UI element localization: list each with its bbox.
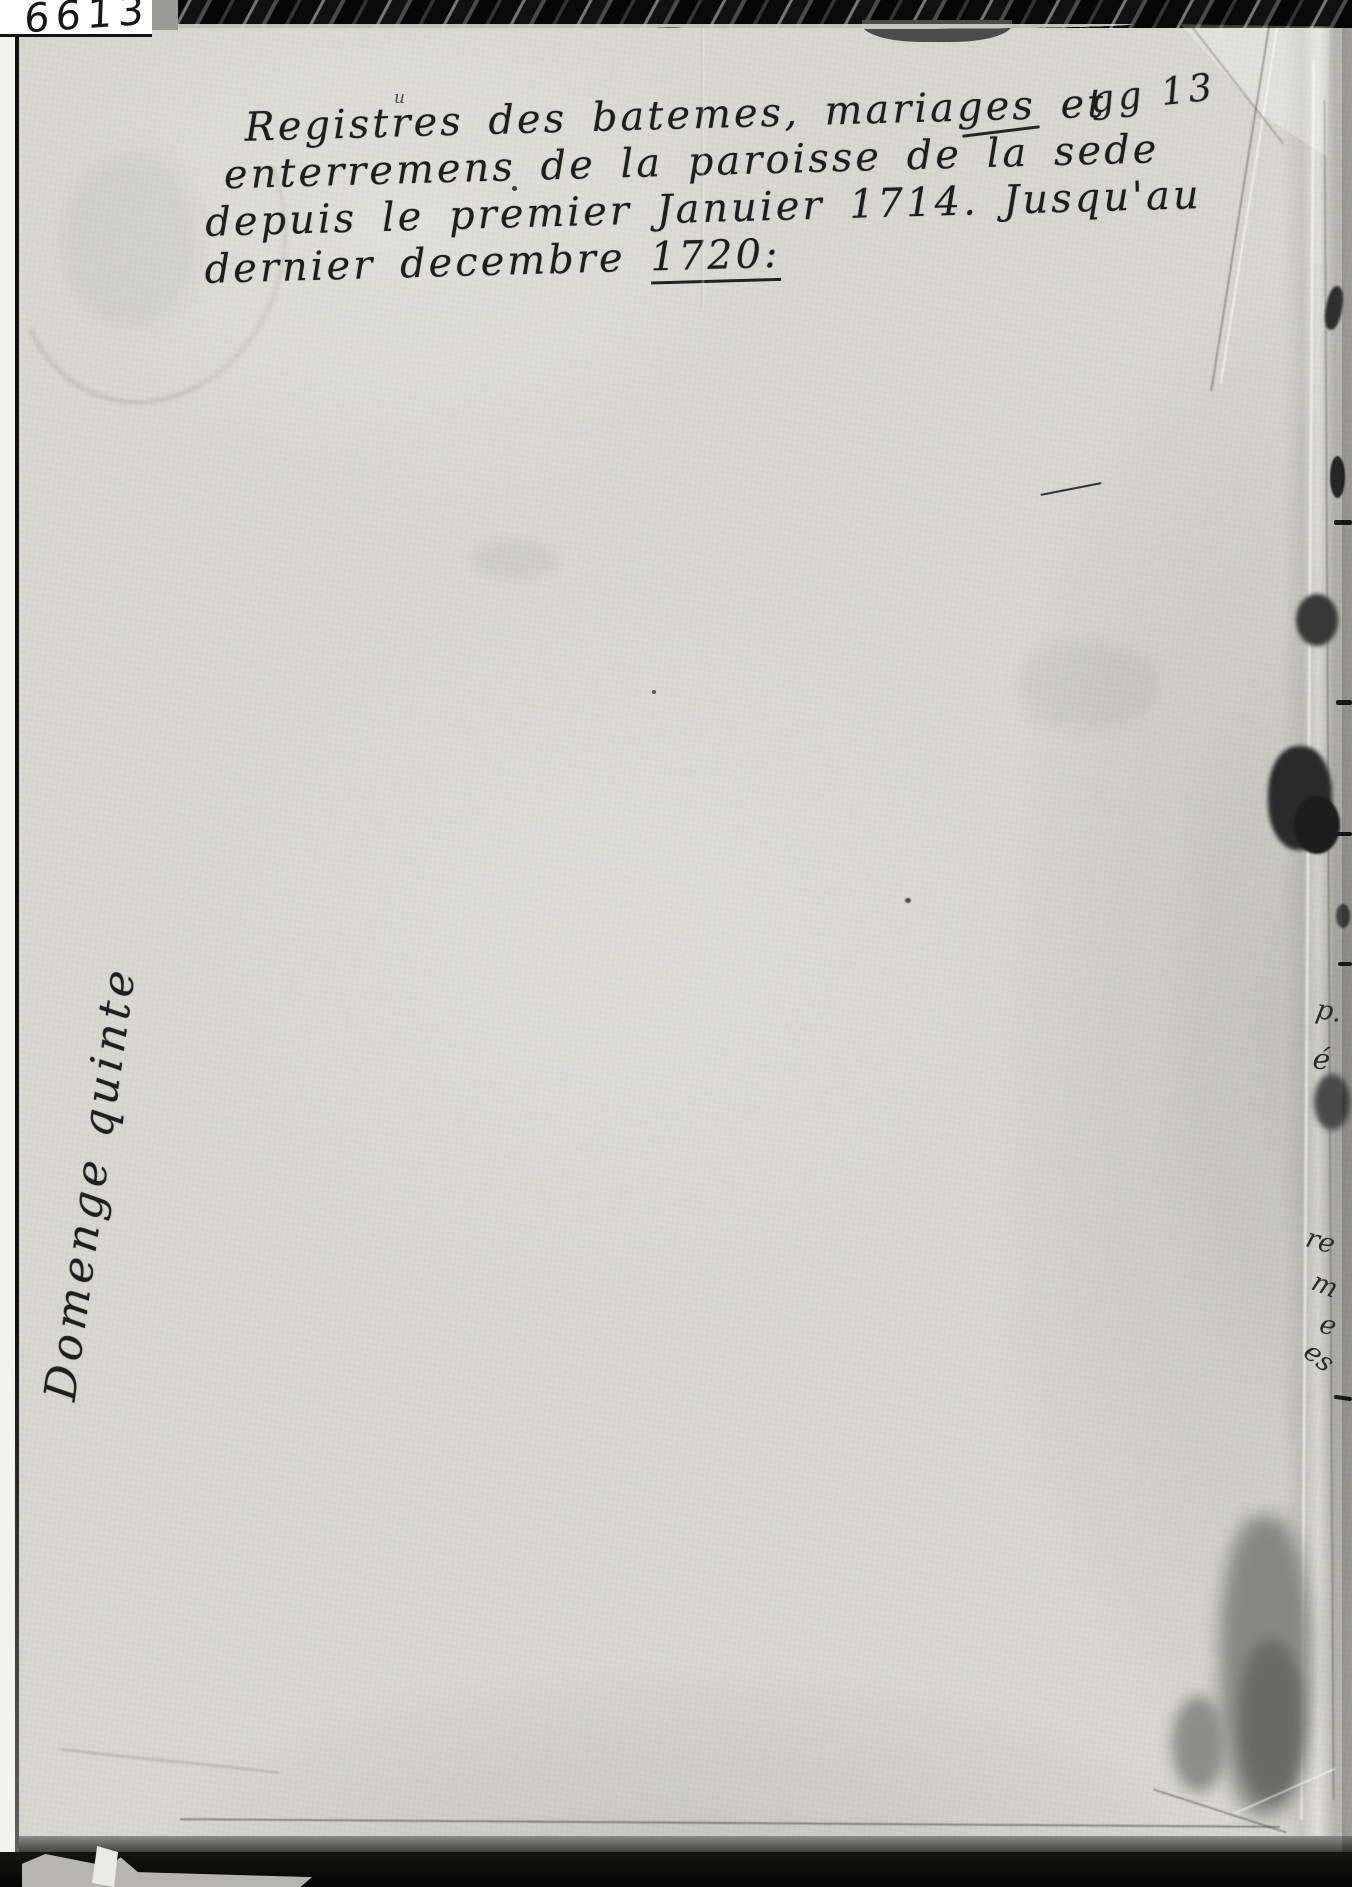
manuscript-scan: 6613 gg 13 Registres des batemes, mariag… <box>0 0 1352 1887</box>
bottom-fold-line <box>180 1818 1280 1828</box>
stray-mark: u <box>394 88 405 108</box>
speck-2 <box>652 690 656 694</box>
edge-ink-blob-2 <box>1330 456 1345 498</box>
bottom-left-crease <box>60 1749 279 1774</box>
faint-smudge-right <box>1020 640 1160 730</box>
shelf-label-text: 6613 <box>23 0 150 43</box>
torn-edge-dark-crease <box>1324 100 1335 1800</box>
corner-crease-1 <box>1210 26 1270 392</box>
bottom-crease-2 <box>1234 1768 1335 1815</box>
water-stain-blot <box>60 150 200 330</box>
label-edge-shadow <box>152 0 178 30</box>
margin-fragment-m: m <box>1307 1266 1342 1304</box>
torn-edge-highlight-crease <box>1300 60 1315 1820</box>
edge-ink-blob-6 <box>1314 1074 1350 1130</box>
speck-3 <box>905 898 911 903</box>
edge-ink-blob-4 <box>1268 746 1332 850</box>
corner-crease-2 <box>1220 28 1278 384</box>
edge-ink-blob-5 <box>1336 904 1350 928</box>
underpage-shadow-column <box>1342 26 1352 1852</box>
margin-fragment-es: es <box>1298 1336 1341 1379</box>
edge-tick-1 <box>1334 520 1352 525</box>
margin-fragment-re: re <box>1302 1223 1338 1261</box>
bottom-crease-1 <box>1153 1788 1287 1833</box>
left-scan-margin <box>0 0 15 1887</box>
title-block: Registres des batemes, mariages et enter… <box>200 78 1204 294</box>
cover-band-edge-wave <box>120 24 1352 34</box>
bottom-right-smudge <box>1220 1516 1310 1816</box>
edge-ink-blob-4b <box>1294 796 1340 854</box>
edge-ink-blob-1 <box>1322 285 1345 331</box>
vertical-inscription: Domenge quinte <box>32 942 178 1428</box>
shelf-label: 6613 <box>0 0 152 37</box>
edge-tick-2 <box>1336 700 1352 705</box>
edge-ink-blob-3 <box>1296 594 1338 646</box>
diagonal-pen-stroke <box>1040 482 1101 496</box>
edge-tick-5 <box>1334 1395 1352 1401</box>
underlined-year: 1720: <box>650 231 782 285</box>
margin-fragment-e-acute: é <box>1311 1041 1333 1077</box>
margin-fragment-p: p. <box>1314 994 1345 1029</box>
bottom-right-smudge-core <box>1240 1640 1302 1800</box>
edge-tick-3 <box>1334 832 1352 836</box>
page-left-edge-line <box>15 0 19 1887</box>
faint-smudge-center <box>470 540 560 580</box>
torn-edge-shading <box>1282 26 1352 1850</box>
edge-tick-4 <box>1338 962 1352 966</box>
bottom-right-faint-stain <box>1172 1696 1226 1792</box>
